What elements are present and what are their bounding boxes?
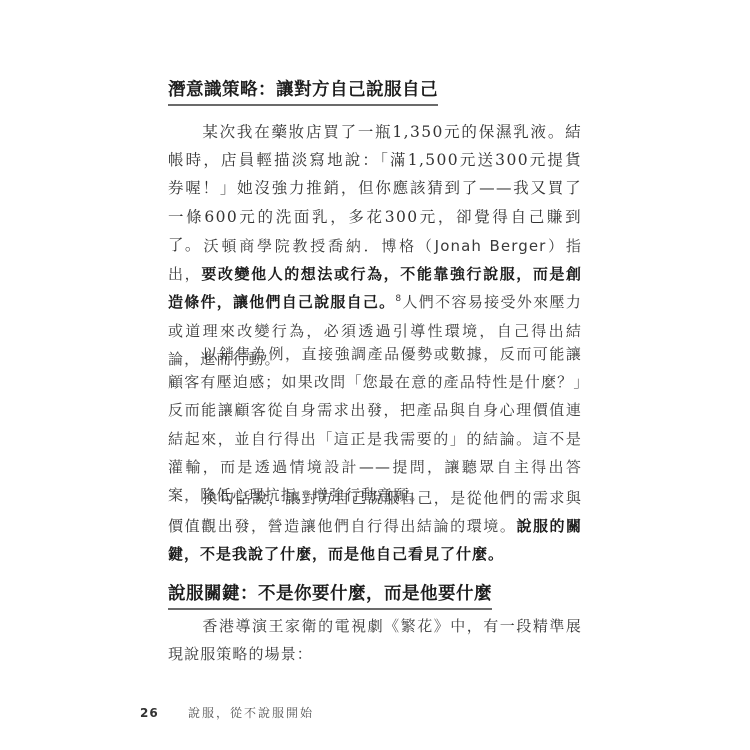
running-title: 說服，從不說服開始 xyxy=(188,706,314,720)
paragraph-in-other-words: 換句話說，讓對方自己說服自己，是從他們的需求與價值觀出發，營造讓他們自行得出結論… xyxy=(168,484,582,569)
paragraph-text: 香港導演王家衛的電視劇《繁花》中，有一段精準展現說服策略的場景： xyxy=(168,617,582,663)
page-footer: 26說服，從不說服開始 xyxy=(140,704,314,721)
page-number: 26 xyxy=(140,706,188,720)
footnote-marker: 8 xyxy=(395,294,402,304)
section-heading-persuasion-key: 說服關鍵：不是你要什麼，而是他要什麼 xyxy=(168,580,492,610)
paragraph-wong-kar-wai: 香港導演王家衛的電視劇《繁花》中，有一段精準展現說服策略的場景： xyxy=(168,612,582,668)
section-heading-subconscious-strategy: 潛意識策略：讓對方自己說服自己 xyxy=(168,76,438,106)
paragraph-text: 以銷售為例，直接強調產品優勢或數據，反而可能讓顧客有壓迫感；如果改問「您最在意的… xyxy=(168,345,582,504)
book-page: 潛意識策略：讓對方自己說服自己 某次我在藥妝店買了一瓶1,350元的保濕乳液。結… xyxy=(0,0,750,750)
